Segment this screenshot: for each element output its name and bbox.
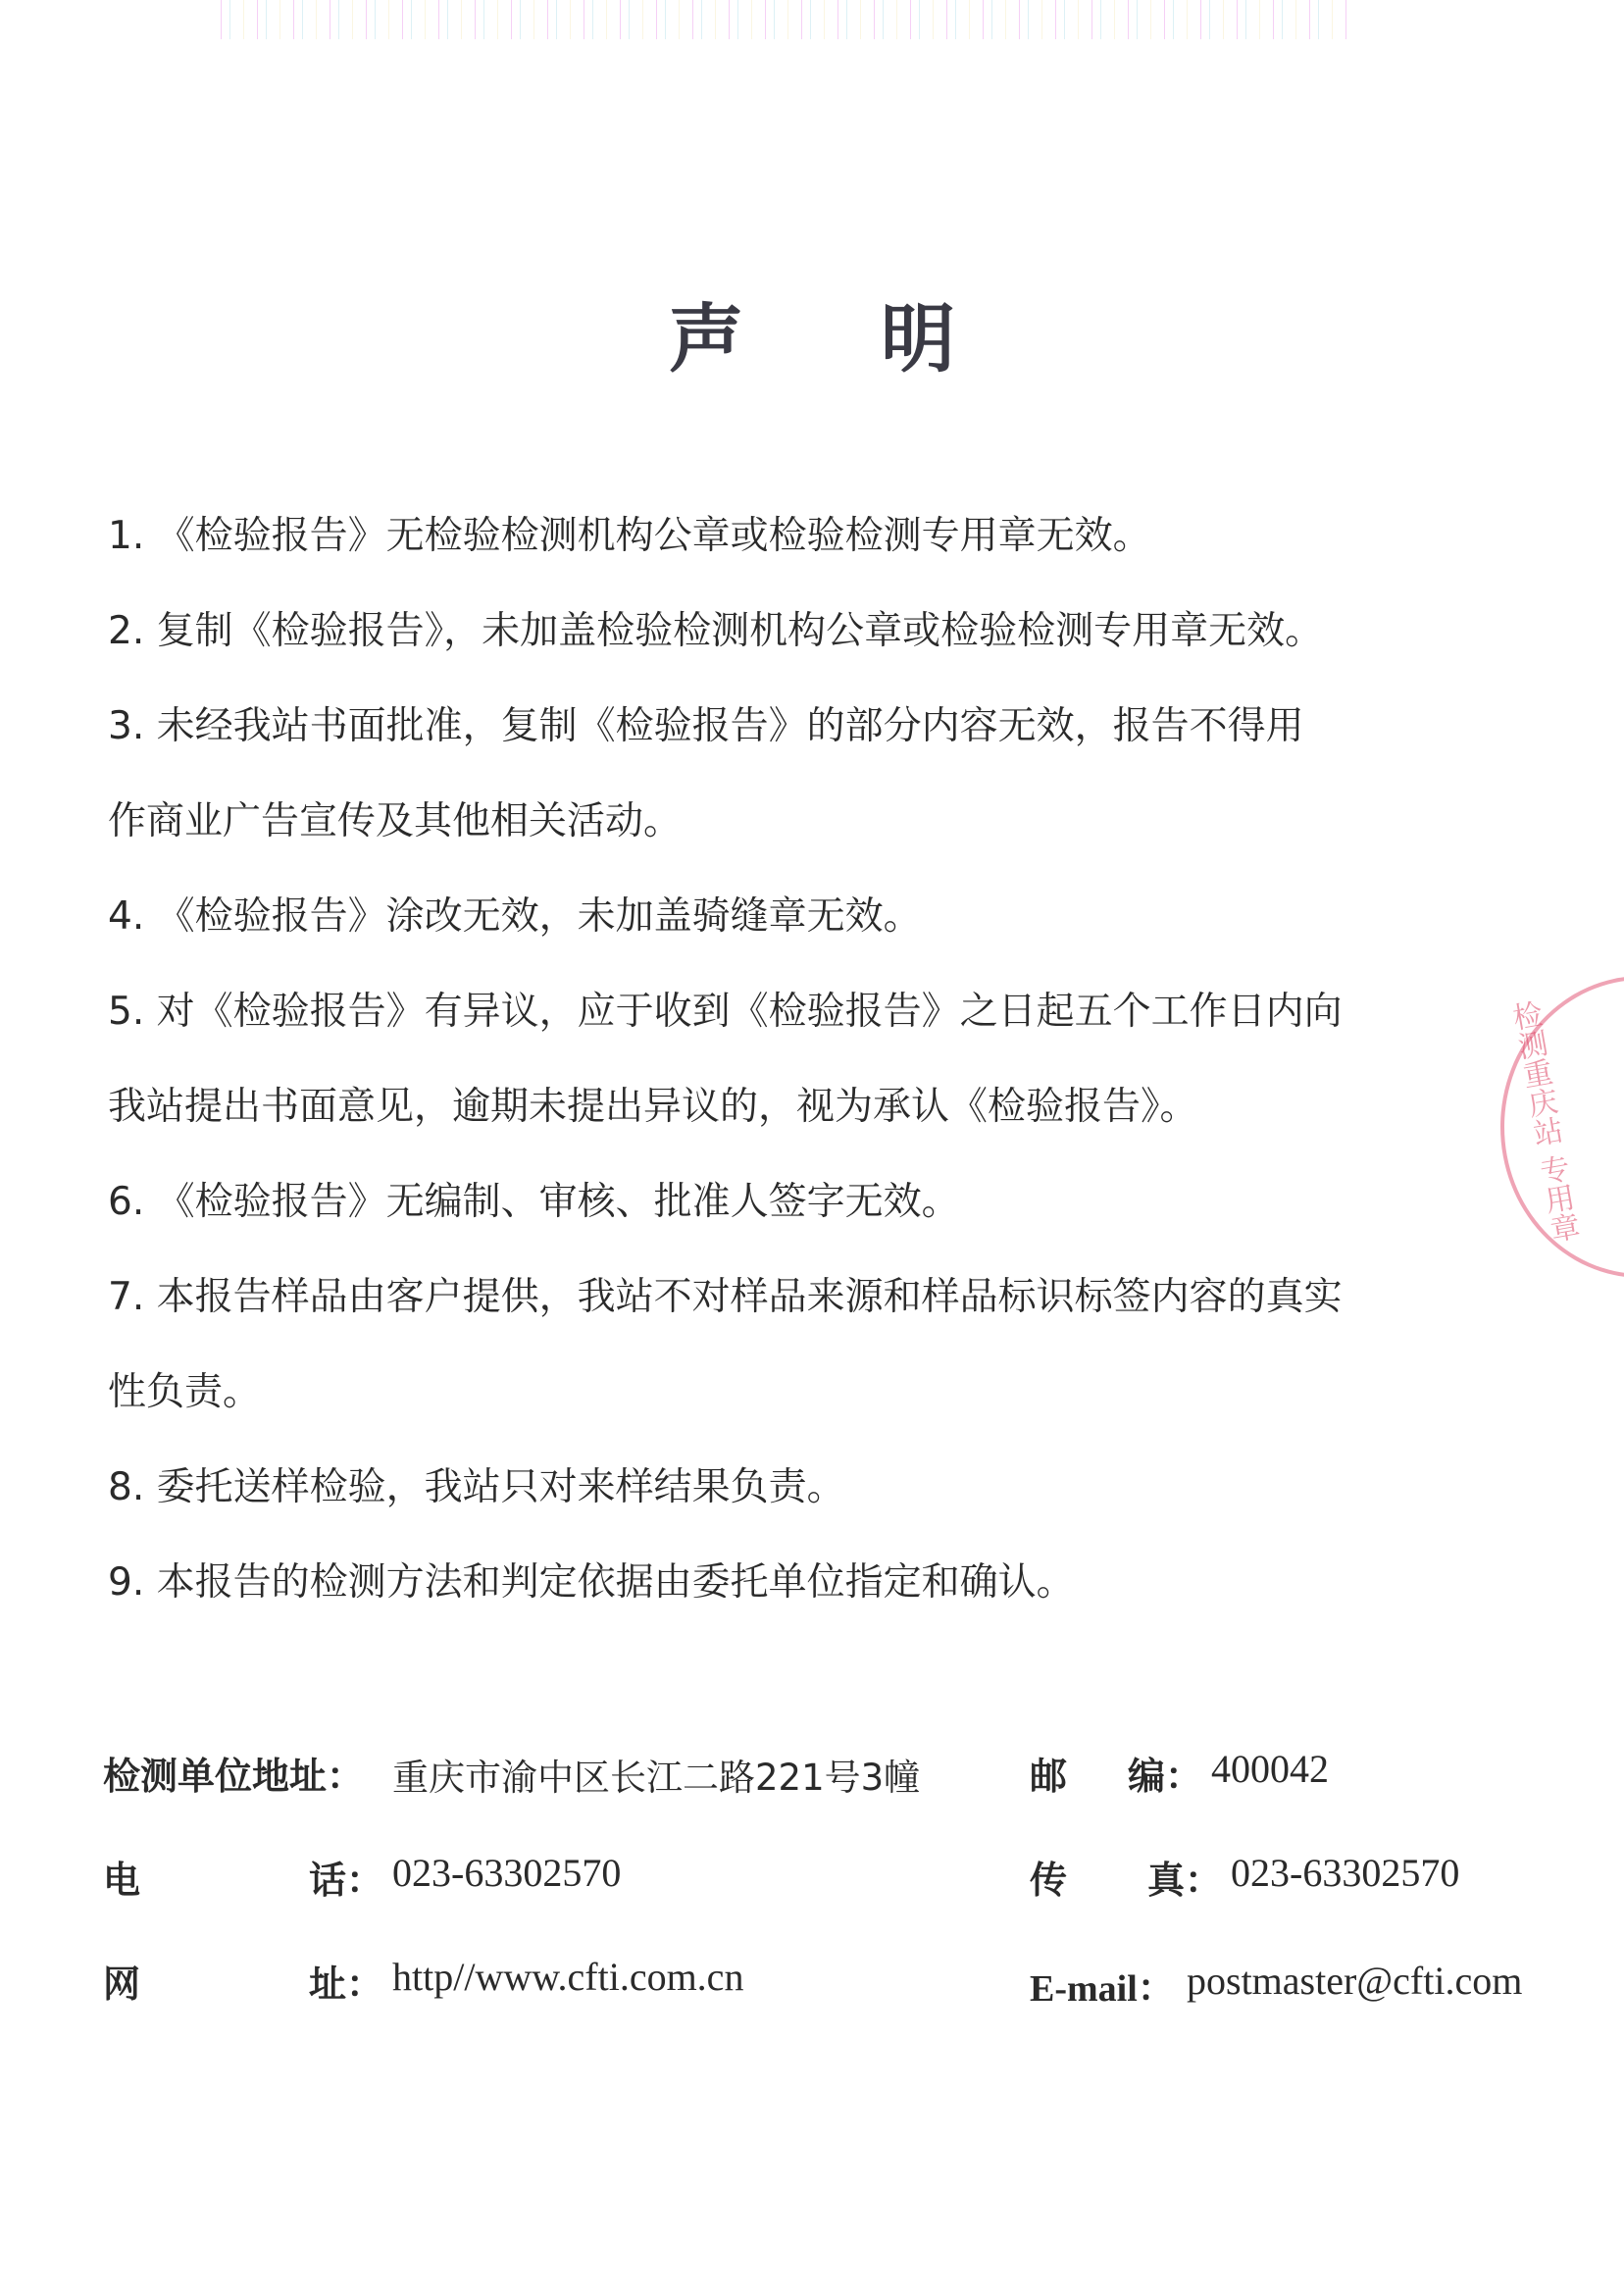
page-title: 声明 [0,280,1624,386]
statement-line: 作商业广告宣传及其他相关活动。 [108,774,1520,869]
statement-line: 7. 本报告样品由客户提供，我站不对样品来源和样品标识标签内容的真实 [108,1249,1520,1345]
statement-line: 性负责。 [108,1345,1520,1440]
statement-line: 3. 未经我站书面批准，复制《检验报告》的部分内容无效，报告不得用 [108,679,1520,774]
phone-label-b: 话： [309,1850,383,1904]
postcode-value: 400042 [1211,1746,1329,1792]
statement-item-8: 8. 委托送样检验，我站只对来样结果负责。 [108,1440,1520,1535]
web-label-a: 网 [103,1954,140,2008]
contact-info: 检测单位地址： 重庆市渝中区长江二路221号3幢 邮 编： 400042 电 话… [103,1746,1574,2058]
statement-line: 1. 《检验报告》无检验检测机构公章或检验检测专用章无效。 [108,488,1520,584]
phone-label-a: 电 [103,1850,140,1904]
address-label: 检测单位地址： [103,1746,364,1800]
statement-item-5: 5. 对《检验报告》有异议，应于收到《检验报告》之日起五个工作日内向 我站提出书… [108,964,1520,1154]
statement-line: 5. 对《检验报告》有异议，应于收到《检验报告》之日起五个工作日内向 [108,964,1520,1059]
email-link[interactable]: postmaster@cfti.com [1187,1958,1522,2004]
web-label-b: 址： [309,1954,383,2008]
statement-item-9: 9. 本报告的检测方法和判定依据由委托单位指定和确认。 [108,1535,1520,1630]
address-value: 重庆市渝中区长江二路221号3幢 [392,1748,920,1801]
statement-list: 1. 《检验报告》无检验检测机构公章或检验检测专用章无效。 2. 复制《检验报告… [108,488,1520,1630]
fax-label-b: 真： [1147,1850,1222,1904]
website-link[interactable]: http//www.cfti.com.cn [392,1954,743,2000]
title-char: 明 [881,280,955,386]
statement-line: 6. 《检验报告》无编制、审核、批准人签字无效。 [108,1154,1520,1249]
contact-row-phone: 电 话： 023-63302570 传 真： 023-63302570 [103,1850,1574,1954]
postcode-label-b: 编： [1128,1746,1202,1800]
scan-artifact-bar [221,0,1348,39]
statement-item-4: 4. 《检验报告》涂改无效，未加盖骑缝章无效。 [108,869,1520,964]
statement-line: 4. 《检验报告》涂改无效，未加盖骑缝章无效。 [108,869,1520,964]
statement-item-7: 7. 本报告样品由客户提供，我站不对样品来源和样品标识标签内容的真实 性负责。 [108,1249,1520,1440]
statement-item-6: 6. 《检验报告》无编制、审核、批准人签字无效。 [108,1154,1520,1249]
statement-line: 8. 委托送样检验，我站只对来样结果负责。 [108,1440,1520,1535]
statement-item-1: 1. 《检验报告》无检验检测机构公章或检验检测专用章无效。 [108,488,1520,584]
contact-row-web: 网 址： http//www.cfti.com.cn E-mail： postm… [103,1954,1574,2058]
postcode-label-a: 邮 [1030,1746,1067,1800]
statement-line: 9. 本报告的检测方法和判定依据由委托单位指定和确认。 [108,1535,1520,1630]
statement-line: 2. 复制《检验报告》，未加盖检验检测机构公章或检验检测专用章无效。 [108,584,1520,679]
statement-item-3: 3. 未经我站书面批准，复制《检验报告》的部分内容无效，报告不得用 作商业广告宣… [108,679,1520,869]
email-label: E-mail： [1030,1958,1175,2012]
contact-row-address: 检测单位地址： 重庆市渝中区长江二路221号3幢 邮 编： 400042 [103,1746,1574,1850]
fax-value: 023-63302570 [1231,1850,1459,1896]
fax-label-a: 传 [1030,1850,1067,1904]
phone-value: 023-63302570 [392,1850,621,1896]
statement-item-2: 2. 复制《检验报告》，未加盖检验检测机构公章或检验检测专用章无效。 [108,584,1520,679]
statement-line: 我站提出书面意见，逾期未提出异议的，视为承认《检验报告》。 [108,1059,1520,1154]
title-char: 声 [669,280,743,386]
